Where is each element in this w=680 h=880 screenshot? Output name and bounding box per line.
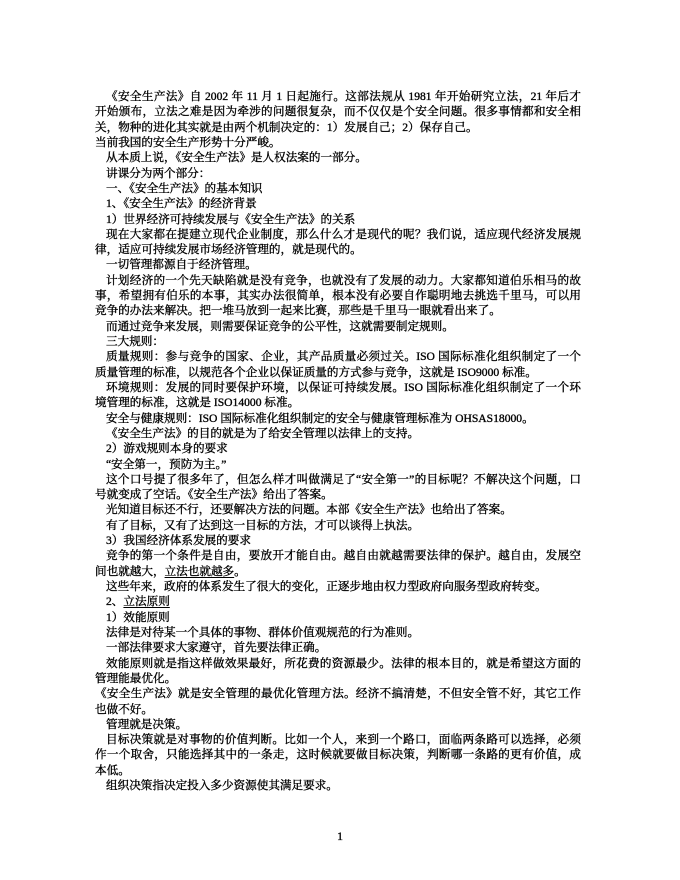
text-line: 而通过竞争来发展，则需要保证竞争的公平性，这就需要制定规则。: [95, 319, 581, 334]
text-line: 一部法律要求大家遵守，首先要法律正确。: [95, 640, 581, 655]
text-segment: 这个口号提了很多年了，但怎么样才叫做满足了“安全第一”的目标呢？不解决这个问题，…: [106, 473, 581, 486]
text-segment: 组织决策指决定投入多少资源使其满足要求。: [106, 779, 338, 792]
text-segment: 。: [234, 565, 246, 578]
text-line: 安全与健康规则：ISO 国际标准化组织制定的安全与健康管理标准为 OHSAS18…: [95, 411, 581, 426]
text-line: 效能原则就是指这样做效果最好，所花费的资源最少。法律的根本目的，就是希望这方面的: [95, 656, 581, 671]
text-line: 1）效能原则: [95, 610, 581, 625]
text-line: 计划经济的一个先天缺陷就是没有竞争，也就没有了发展的动力。大家都知道伯乐相马的故: [95, 273, 581, 288]
text-segment: 1）世界经济可持续发展与《安全生产法》的关系: [106, 213, 355, 226]
text-line: 1、《安全生产法》的经济背景: [95, 196, 581, 211]
text-line: 这些年来，政府的体系发生了很大的变化，正逐步地由权力型政府向服务型政府转变。: [95, 579, 581, 594]
text-segment: 作一个取舍，只能选择其中的一条走，这时候就要做目标决策，判断哪一条路的更有价值，…: [95, 748, 581, 761]
underlined-text: 立法原则: [123, 595, 169, 608]
text-segment: 法律是对待某一个具体的事物、群体价值观规范的行为准则。: [106, 626, 419, 639]
text-line: 组织决策指决定投入多少资源使其满足要求。: [95, 778, 581, 793]
text-segment: 从本质上说，《安全生产法》是人权法案的一部分。: [106, 151, 367, 164]
text-segment: 《安全生产法》的目的就是为了给安全管理以法律上的支持。: [106, 427, 419, 440]
text-line: 《安全生产法》自 2002 年 11 月 1 日起施行。这部法规从 1981 年…: [95, 89, 581, 104]
text-line: 竞争的第一个条件是自由，要放开才能自由。越自由就越需要法律的保护。越自由，发展空: [95, 548, 581, 563]
text-line: 质量管理的标准，以规范各个企业以保证质量的方式参与竞争，这就是 ISO9000 …: [95, 365, 581, 380]
text-line: 一、《安全生产法》的基本知识: [95, 181, 581, 196]
text-segment: 计划经济的一个先天缺陷就是没有竞争，也就没有了发展的动力。大家都知道伯乐相马的故: [106, 274, 581, 287]
text-segment: 光知道目标还不行，还要解决方法的问题。本部《安全生产法》也给出了答案。: [106, 503, 512, 516]
text-line: 开始颁布，立法之难是因为牵涉的问题很复杂，而不仅仅是个安全问题。很多事情都和安全…: [95, 104, 581, 119]
text-segment: 1、《安全生产法》的经济背景: [106, 197, 257, 210]
text-segment: 关，物种的进化其实就是由两个机制决定的：1）发展自己；2）保存自己。: [95, 121, 478, 134]
text-line: 法律是对待某一个具体的事物、群体价值观规范的行为准则。: [95, 625, 581, 640]
text-segment: 效能原则就是指这样做效果最好，所花费的资源最少。法律的根本目的，就是希望这方面的: [106, 657, 581, 670]
text-segment: 2）游戏规则本身的要求: [106, 442, 228, 455]
text-segment: 质量规则：参与竞争的国家、企业，其产品质量必须过关。ISO 国际标准化组织制定了…: [106, 350, 581, 363]
text-line: 这个口号提了很多年了，但怎么样才叫做满足了“安全第一”的目标呢？不解决这个问题，…: [95, 472, 581, 487]
text-segment: 管理能最优化。: [95, 672, 176, 685]
text-line: 本低。: [95, 763, 581, 778]
text-segment: 境管理的标准，这就是 ISO14000 标准。: [95, 396, 299, 409]
text-segment: 竞争的办法来解决。把一堆马放到一起来比赛，那些是千里马一眼就看出来了。: [95, 304, 501, 317]
text-line: 从本质上说，《安全生产法》是人权法案的一部分。: [95, 150, 581, 165]
text-segment: 竞争的第一个条件是自由，要放开才能自由。越自由就越需要法律的保护。越自由，发展空: [106, 549, 581, 562]
text-line: 当前我国的安全生产形势十分严峻。: [95, 135, 581, 150]
text-line: 《安全生产法》的目的就是为了给安全管理以法律上的支持。: [95, 426, 581, 441]
text-line: 3）我国经济体系发展的要求: [95, 533, 581, 548]
text-segment: 3）我国经济体系发展的要求: [106, 534, 251, 547]
text-line: 竞争的办法来解决。把一堆马放到一起来比赛，那些是千里马一眼就看出来了。: [95, 303, 581, 318]
text-segment: 现在大家都在提建立现代企业制度，那么什么才是现代的呢？我们说，适应现代经济发展规: [106, 228, 581, 241]
text-line: 也做不好。: [95, 702, 581, 717]
text-line: 现在大家都在提建立现代企业制度，那么什么才是现代的呢？我们说，适应现代经济发展规: [95, 227, 581, 242]
text-line: 1）世界经济可持续发展与《安全生产法》的关系: [95, 212, 581, 227]
text-segment: 《安全生产法》自 2002 年 11 月 1 日起施行。这部法规从 1981 年…: [106, 90, 581, 103]
text-segment: 1）效能原则: [106, 611, 170, 624]
text-segment: 《安全生产法》就是安全管理的最优化管理方法。经济不搞清楚，不但安全管不好，其它工…: [95, 687, 581, 700]
text-segment: 一切管理都源自于经济管理。: [106, 258, 257, 271]
text-line: 2）游戏规则本身的要求: [95, 441, 581, 456]
text-segment: 讲课分为两个部分：: [106, 167, 210, 180]
text-segment: 本低。: [95, 764, 130, 777]
document-body: 《安全生产法》自 2002 年 11 月 1 日起施行。这部法规从 1981 年…: [95, 89, 581, 793]
underlined-text: 立法也就越多: [165, 565, 235, 578]
text-line: 光知道目标还不行，还要解决方法的问题。本部《安全生产法》也给出了答案。: [95, 502, 581, 517]
text-segment: 质量管理的标准，以规范各个企业以保证质量的方式参与竞争，这就是 ISO9000 …: [95, 366, 537, 379]
text-segment: 也做不好。: [95, 703, 153, 716]
text-line: 作一个取舍，只能选择其中的一条走，这时候就要做目标决策，判断哪一条路的更有价值，…: [95, 747, 581, 762]
text-segment: 当前我国的安全生产形势十分严峻。: [95, 136, 281, 149]
text-segment: 事，希望拥有伯乐的本事，其实办法很简单，根本没有必要自作聪明地去挑选千里马，可以…: [95, 289, 581, 302]
document-page: 《安全生产法》自 2002 年 11 月 1 日起施行。这部法规从 1981 年…: [0, 0, 680, 880]
page-number: 1: [0, 831, 680, 844]
text-line: “安全第一，预防为主。”: [95, 457, 581, 472]
text-segment: 而通过竞争来发展，则需要保证竞争的公平性，这就需要制定规则。: [106, 320, 454, 333]
text-line: 事，希望拥有伯乐的本事，其实办法很简单，根本没有必要自作聪明地去挑选千里马，可以…: [95, 288, 581, 303]
text-segment: 号就变成了空话。《安全生产法》给出了答案。: [95, 488, 333, 501]
text-line: 间也就越大，立法也就越多。: [95, 564, 581, 579]
text-segment: 安全与健康规则：ISO 国际标准化组织制定的安全与健康管理标准为 OHSAS18…: [106, 412, 534, 425]
text-line: 律，适应可持续发展市场经济管理的，就是现代的。: [95, 242, 581, 257]
text-segment: 这些年来，政府的体系发生了很大的变化，正逐步地由权力型政府向服务型政府转变。: [106, 580, 547, 593]
text-line: 讲课分为两个部分：: [95, 166, 581, 181]
text-segment: 开始颁布，立法之难是因为牵涉的问题很复杂，而不仅仅是个安全问题。很多事情都和安全…: [95, 105, 581, 118]
text-segment: 三大规则：: [106, 335, 164, 348]
text-segment: 有了目标，又有了达到这一目标的方法，才可以谈得上执法。: [106, 519, 419, 532]
text-line: 关，物种的进化其实就是由两个机制决定的：1）发展自己；2）保存自己。: [95, 120, 581, 135]
text-line: 管理就是决策。: [95, 717, 581, 732]
text-line: 号就变成了空话。《安全生产法》给出了答案。: [95, 487, 581, 502]
text-segment: 一部法律要求大家遵守，首先要法律正确。: [106, 641, 326, 654]
text-line: 《安全生产法》就是安全管理的最优化管理方法。经济不搞清楚，不但安全管不好，其它工…: [95, 686, 581, 701]
text-segment: 管理就是决策。: [106, 718, 187, 731]
text-segment: 一、《安全生产法》的基本知识: [106, 182, 263, 195]
text-segment: 环境规则：发展的同时要保护环境，以保证可持续发展。ISO 国际标准化组织制定了一…: [106, 381, 581, 394]
text-segment: 间也就越大，: [95, 565, 165, 578]
text-line: 2、立法原则: [95, 594, 581, 609]
text-segment: 律，适应可持续发展市场经济管理的，就是现代的。: [95, 243, 362, 256]
text-line: 管理能最优化。: [95, 671, 581, 686]
text-line: 质量规则：参与竞争的国家、企业，其产品质量必须过关。ISO 国际标准化组织制定了…: [95, 349, 581, 364]
text-segment: 目标决策就是对事物的价值判断。比如一个人，来到一个路口，面临两条路可以选择，必须: [106, 733, 581, 746]
text-line: 目标决策就是对事物的价值判断。比如一个人，来到一个路口，面临两条路可以选择，必须: [95, 732, 581, 747]
text-line: 有了目标，又有了达到这一目标的方法，才可以谈得上执法。: [95, 518, 581, 533]
text-line: 三大规则：: [95, 334, 581, 349]
text-line: 环境规则：发展的同时要保护环境，以保证可持续发展。ISO 国际标准化组织制定了一…: [95, 380, 581, 395]
text-line: 一切管理都源自于经济管理。: [95, 257, 581, 272]
text-segment: “安全第一，预防为主。”: [106, 458, 226, 471]
text-segment: 2、: [106, 595, 123, 608]
text-line: 境管理的标准，这就是 ISO14000 标准。: [95, 395, 581, 410]
